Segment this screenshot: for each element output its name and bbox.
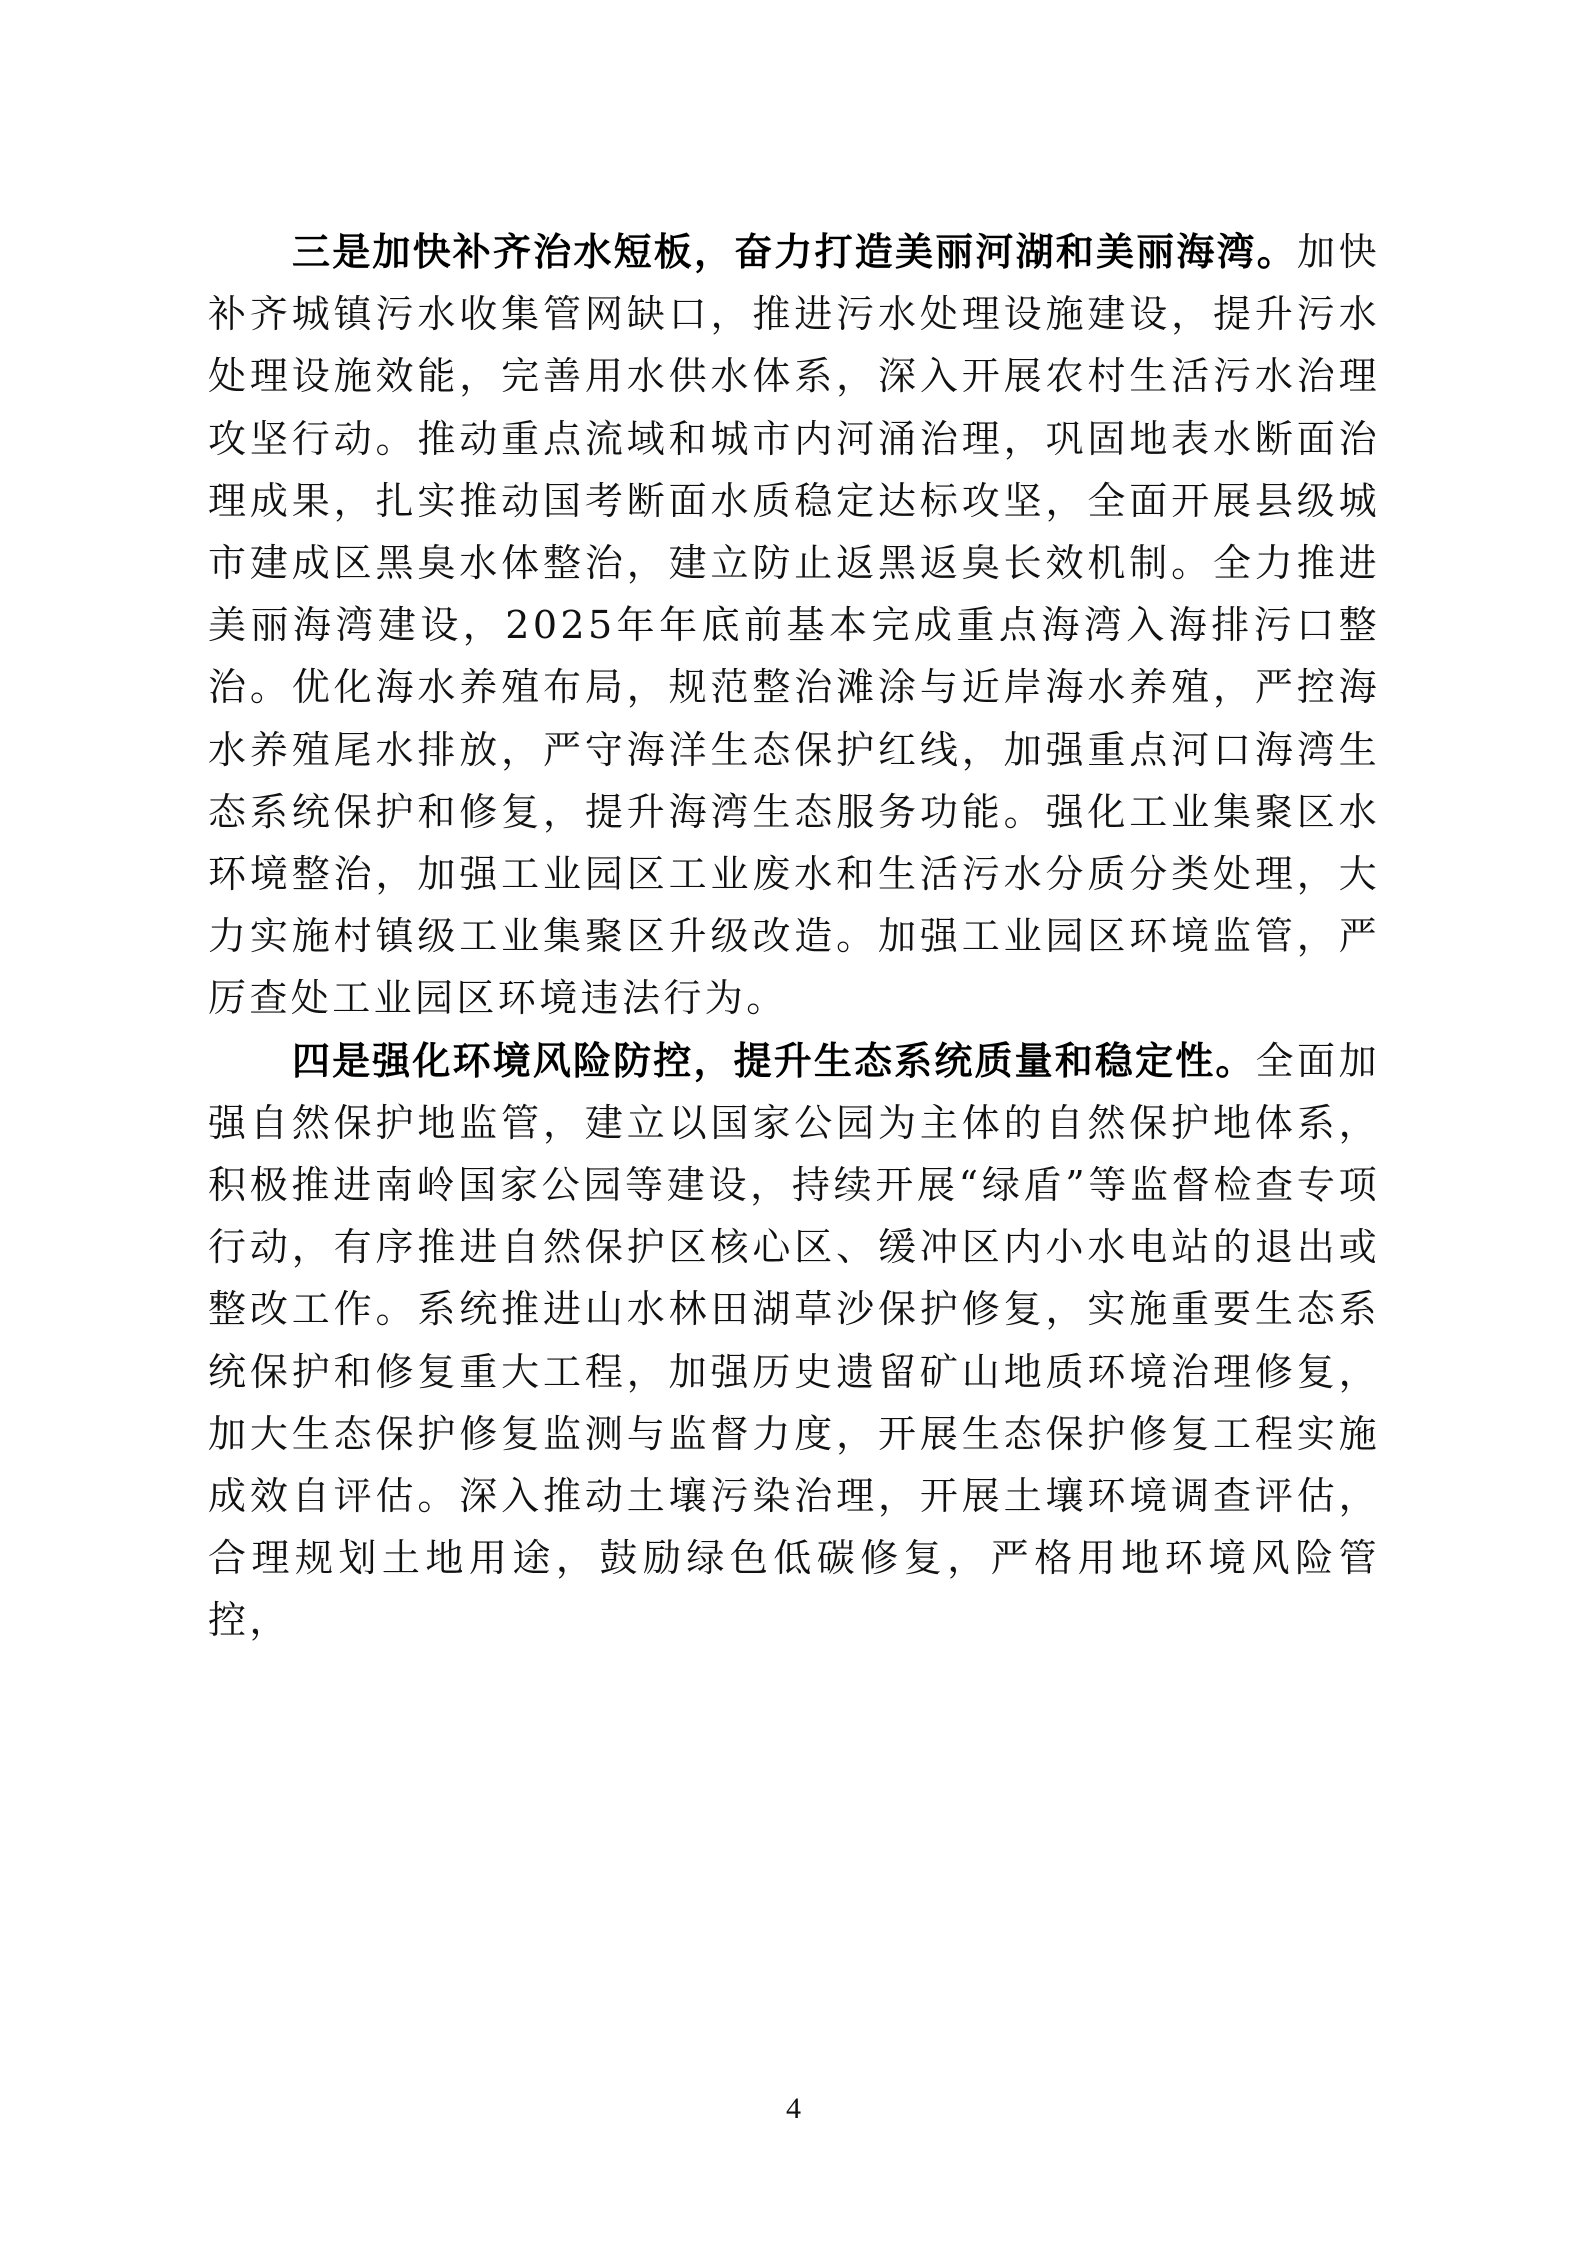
paragraph-lead-heading: 三是加快补齐治水短板，奋力打造美丽河湖和美丽海湾。 [292, 230, 1297, 274]
paragraph-lead-heading: 四是强化环境风险防控，提升生态系统质量和稳定性。 [292, 1039, 1256, 1083]
body-text: 三是加快补齐治水短板，奋力打造美丽河湖和美丽海湾。加快补齐城镇污水收集管网缺口，… [208, 221, 1380, 1652]
document-page: 三是加快补齐治水短板，奋力打造美丽河湖和美丽海湾。加快补齐城镇污水收集管网缺口，… [0, 0, 1587, 2245]
paragraph-body: 加快补齐城镇污水收集管网缺口，推进污水处理设施建设，提升污水处理设施效能，完善用… [208, 230, 1380, 1020]
paragraph-risk-control: 四是强化环境风险防控，提升生态系统质量和稳定性。全面加强自然保护地监管，建立以国… [208, 1030, 1380, 1652]
paragraph-water-governance: 三是加快补齐治水短板，奋力打造美丽河湖和美丽海湾。加快补齐城镇污水收集管网缺口，… [208, 221, 1380, 1030]
paragraph-body: 全面加强自然保护地监管，建立以国家公园为主体的自然保护地体系，积极推进南岭国家公… [208, 1039, 1380, 1643]
page-number: 4 [0, 2092, 1587, 2126]
